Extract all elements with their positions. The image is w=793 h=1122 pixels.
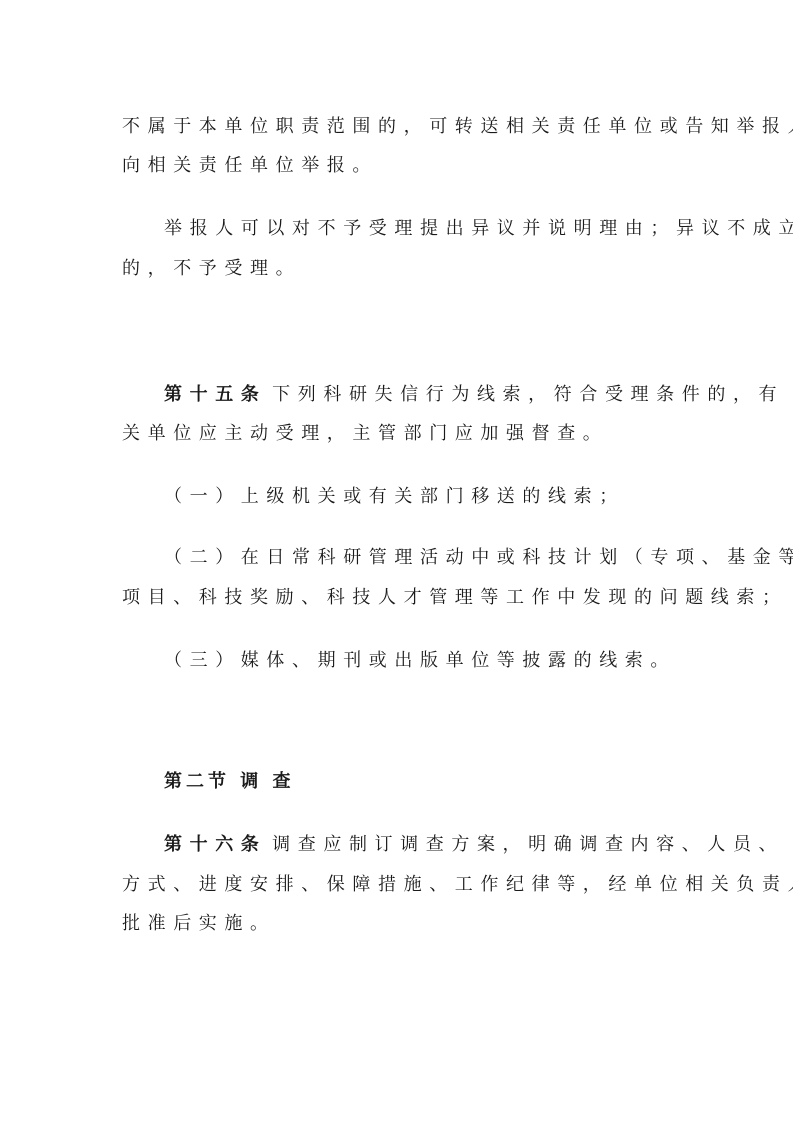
section-heading: 第二节 调 查	[164, 769, 724, 795]
paragraph-line: 关单位应主动受理，主管部门应加强督查。	[122, 421, 682, 447]
article-text: 下列科研失信行为线索，符合受理条件的，有	[272, 384, 784, 405]
article-16-line: 第十六条 调查应制订调查方案，明确调查内容、人员、	[164, 832, 724, 858]
paragraph-line: 不属于本单位职责范围的，可转送相关责任单位或告知举报人	[122, 114, 682, 140]
list-item: （三）媒体、期刊或出版单位等披露的线索。	[164, 648, 724, 674]
document-page: 不属于本单位职责范围的，可转送相关责任单位或告知举报人 向相关责任单位举报。 举…	[0, 0, 793, 1122]
list-item: （一）上级机关或有关部门移送的线索；	[164, 484, 724, 510]
paragraph-line: 批准后实施。	[122, 911, 682, 937]
paragraph-line: 举报人可以对不予受理提出异议并说明理由；异议不成立	[164, 216, 724, 242]
article-label: 第十六条	[164, 834, 266, 855]
paragraph-line: 向相关责任单位举报。	[122, 153, 682, 179]
article-text: 调查应制订调查方案，明确调查内容、人员、	[272, 834, 784, 855]
paragraph-line: 的，不予受理。	[122, 256, 682, 282]
paragraph-line: 方式、进度安排、保障措施、工作纪律等，经单位相关负责人	[122, 872, 682, 898]
article-label: 第十五条	[164, 384, 266, 405]
article-15-line: 第十五条 下列科研失信行为线索，符合受理条件的，有	[164, 382, 724, 408]
list-item: （二）在日常科研管理活动中或科技计划（专项、基金等）	[164, 545, 724, 571]
paragraph-line: 项目、科技奖励、科技人才管理等工作中发现的问题线索；	[122, 585, 682, 611]
